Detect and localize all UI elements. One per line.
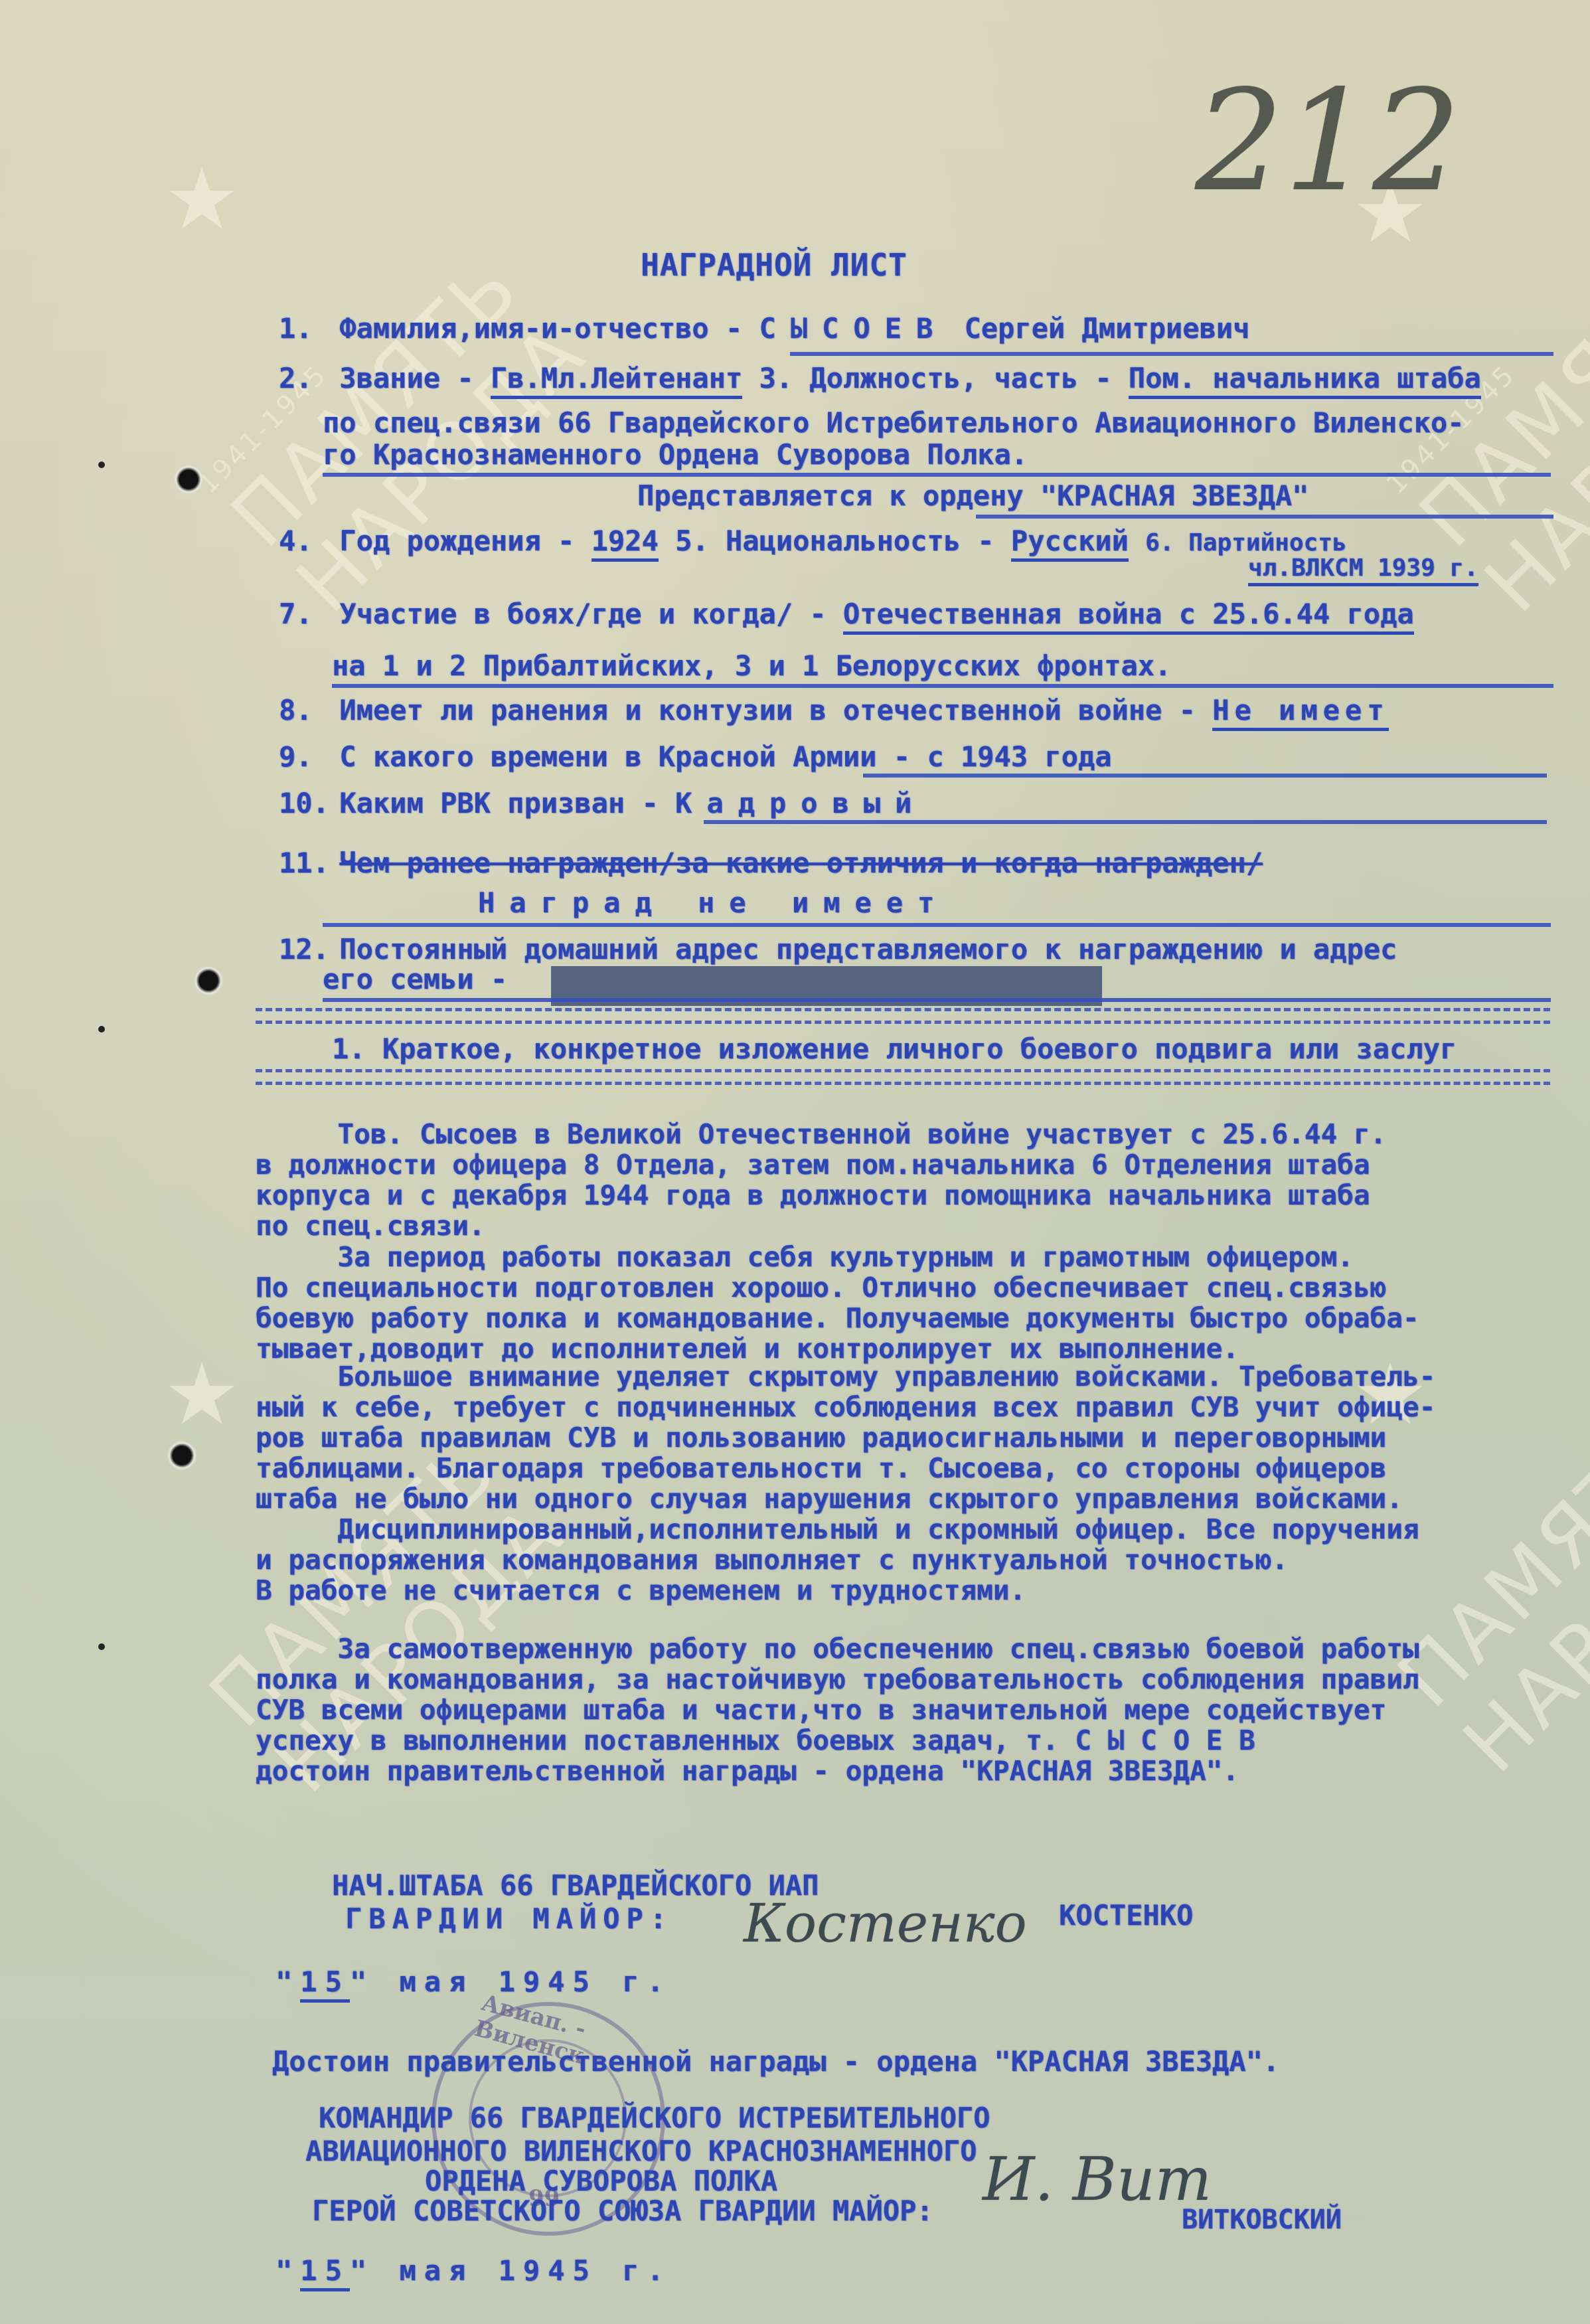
- signature-1-date: "15" мая 1945 г.: [276, 1965, 672, 1998]
- punch-hole: [174, 465, 203, 494]
- signatory-2-name: ВИТКОВСКИЙ: [1182, 2204, 1342, 2235]
- field-2-3: 2. Звание - Гв.Мл.Лейтенант 3. Должность…: [279, 362, 1550, 394]
- ink-dot: [98, 461, 105, 468]
- underline: [323, 923, 1551, 927]
- surname: СЫСОЕВ: [759, 312, 947, 345]
- underline: [323, 473, 1551, 477]
- field-7-continued: на 1 и 2 Прибалтийских, 3 и 1 Белорусски…: [332, 649, 1550, 682]
- nomination-line: Представляется к ордену "КРАСНАЯ ЗВЕЗДА": [637, 479, 1550, 512]
- narrative-paragraph: За период работы показал себя культурным…: [256, 1242, 1504, 1364]
- punch-hole: [194, 966, 223, 995]
- double-rule: [256, 1008, 1550, 1024]
- page-number: 212: [1195, 60, 1461, 222]
- field-6-value: чл.ВЛКСМ 1939 г.: [1248, 554, 1550, 582]
- underline: [863, 774, 1547, 778]
- double-rule: [256, 1069, 1550, 1085]
- field-7: 7. Участие в боях/где и когда/ - Отечест…: [279, 598, 1550, 630]
- signatory-2-rank: ГЕРОЙ СОВЕТСКОГО СОЮЗА ГВАРДИИ МАЙОР:: [312, 2195, 933, 2227]
- signatory-2-title: КОМАНДИР 66 ГВАРДЕЙСКОГО ИСТРЕБИТЕЛЬНОГО: [319, 2102, 990, 2134]
- signatory-1-rank: ГВАРДИИ МАЙОР:: [345, 1902, 673, 1935]
- signatory-2-title: ОРДЕНА СУВОРОВА ПОЛКА: [425, 2165, 777, 2197]
- field-11-value: Наград не имеет: [478, 886, 1550, 919]
- narrative-paragraph: Дисциплинированный,исполнительный и скро…: [256, 1514, 1504, 1606]
- given-name: Сергей Дмитриевич: [964, 312, 1249, 345]
- underline: [323, 998, 1551, 1002]
- field-9: 9. С какого времени в Красной Армии - с …: [279, 740, 1550, 773]
- narrative-paragraph: Большое внимание уделяет скрытому управл…: [256, 1361, 1504, 1514]
- ink-dot: [98, 1643, 105, 1650]
- ink-dot: [98, 1026, 105, 1033]
- signature-2-handwritten: И. Вит: [983, 2145, 1212, 2214]
- punch-hole: [167, 1441, 197, 1470]
- underline: [332, 684, 1553, 688]
- field-4-5-6: 4. Год рождения - 1924 5. Национальность…: [279, 525, 1550, 557]
- field-10: 10. Каким РВК призван - Кадровый: [279, 787, 1550, 819]
- section-heading: 1. Краткое, конкретное изложение личного…: [332, 1033, 1550, 1065]
- underline: [790, 352, 1553, 356]
- watermark-star-icon: ★: [166, 120, 238, 258]
- field-12: 12. Постоянный домашний адрес представля…: [279, 933, 1550, 965]
- field-3-continued: по спец.связи 66 Гвардейского Истребител…: [323, 406, 1550, 439]
- field-8: 8. Имеет ли ранения и контузии в отечест…: [279, 694, 1550, 726]
- underline: [704, 820, 1547, 824]
- signature-1-handwritten: Костенко: [744, 1892, 1027, 1954]
- conclusion: Достоин правительственной награды - орде…: [272, 2045, 1279, 2078]
- narrative-paragraph: За самоотверженную работу по обеспечению…: [256, 1633, 1504, 1786]
- narrative-paragraph: Тов. Сысоев в Великой Отечественной войн…: [256, 1119, 1504, 1241]
- signature-2-date: "15" мая 1945 г.: [276, 2254, 672, 2287]
- field-1: 1. Фамилия,имя-и-отчество - СЫСОЕВ Серге…: [279, 312, 1550, 345]
- watermark-star-icon: ★: [166, 1315, 238, 1453]
- signatory-2-title: АВИАЦИОННОГО ВИЛЕНСКОГО КРАСНОЗНАМЕННОГО: [305, 2135, 977, 2167]
- underline: [976, 515, 1553, 519]
- field-3-continued: го Краснознаменного Ордена Суворова Полк…: [323, 438, 1550, 471]
- field-11: 11. Чем ранее награжден/за какие отличия…: [279, 847, 1550, 879]
- document-title: НАГРАДНОЙ ЛИСТ: [641, 247, 908, 283]
- signatory-1-name: КОСТЕНКО: [1059, 1899, 1193, 1932]
